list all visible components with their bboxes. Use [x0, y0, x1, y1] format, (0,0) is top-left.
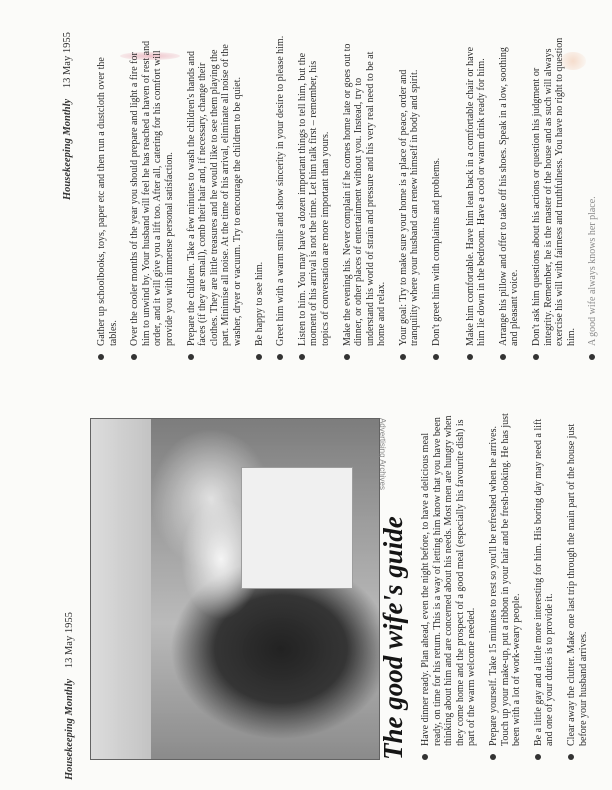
- publication-date: 13 May 1955: [62, 32, 73, 88]
- bullet-icon: [98, 354, 104, 360]
- photo-credit: Advertising Archives: [378, 418, 387, 490]
- bullet-icon: [568, 754, 574, 760]
- bullet-icon: [299, 354, 305, 360]
- list-item: Gather up schoolbooks, toys, paper etc a…: [96, 35, 119, 360]
- bullet-icon: [256, 354, 262, 360]
- list-item: Make him comfortable. Have him lean back…: [465, 35, 488, 360]
- bullet-icon: [277, 354, 283, 360]
- bullet-icon: [188, 354, 194, 360]
- list-item: A good wife always knows her place.: [587, 35, 599, 360]
- guide-list: Gather up schoolbooks, toys, paper etc a…: [96, 35, 609, 360]
- guide-list: Have dinner ready. Plan ahead, even the …: [420, 410, 599, 760]
- list-item: Don't greet him with complaints and prob…: [431, 35, 443, 360]
- list-item: Prepare yourself. Take 15 minutes to res…: [488, 410, 523, 760]
- bullet-icon: [467, 354, 473, 360]
- list-item: Greet him with a warm smile and show sin…: [275, 35, 287, 360]
- bullet-icon: [500, 354, 506, 360]
- bullet-icon: [490, 754, 496, 760]
- list-item: Be a little gay and a little more intere…: [533, 410, 556, 760]
- page-main: Housekeeping Monthly 13 May 1955 Adverti…: [0, 390, 612, 790]
- list-item: Have dinner ready. Plan ahead, even the …: [420, 410, 478, 760]
- list-item: Prepare the children. Take a few minutes…: [186, 35, 244, 360]
- list-item: Arrange his pillow and offer to take off…: [498, 35, 521, 360]
- list-item: Listen to him. You may have a dozen impo…: [297, 35, 332, 360]
- article-title: The good wife's guide: [378, 516, 409, 760]
- publication-date: 13 May 1955: [64, 612, 75, 668]
- page-continuation: Housekeeping Monthly 13 May 1955 Gather …: [0, 0, 612, 390]
- page-header: Housekeeping Monthly 13 May 1955: [64, 612, 75, 780]
- list-item: Be happy to see him.: [254, 35, 266, 360]
- list-item: Make the evening his. Never complain if …: [342, 35, 388, 360]
- bullet-icon: [535, 754, 541, 760]
- list-item: Your goal: Try to make sure your home is…: [398, 35, 421, 360]
- bullet-icon: [422, 754, 428, 760]
- bullet-icon: [344, 354, 350, 360]
- list-item: Over the cooler months of the year you s…: [129, 35, 175, 360]
- bullet-icon: [533, 354, 539, 360]
- bullet-icon: [589, 354, 595, 360]
- bullet-icon: [131, 354, 137, 360]
- publication-name: Housekeeping Monthly: [64, 679, 75, 780]
- list-item: Clear away the clutter. Make one last tr…: [566, 410, 589, 760]
- page-header: Housekeeping Monthly 13 May 1955: [62, 32, 73, 200]
- publication-name: Housekeeping Monthly: [62, 99, 73, 200]
- bullet-icon: [400, 354, 406, 360]
- bullet-icon: [433, 354, 439, 360]
- photo-wall: [91, 419, 151, 759]
- list-item: Don't ask him questions about his action…: [531, 35, 577, 360]
- vintage-photo: [90, 418, 380, 760]
- photo-stove: [241, 467, 353, 589]
